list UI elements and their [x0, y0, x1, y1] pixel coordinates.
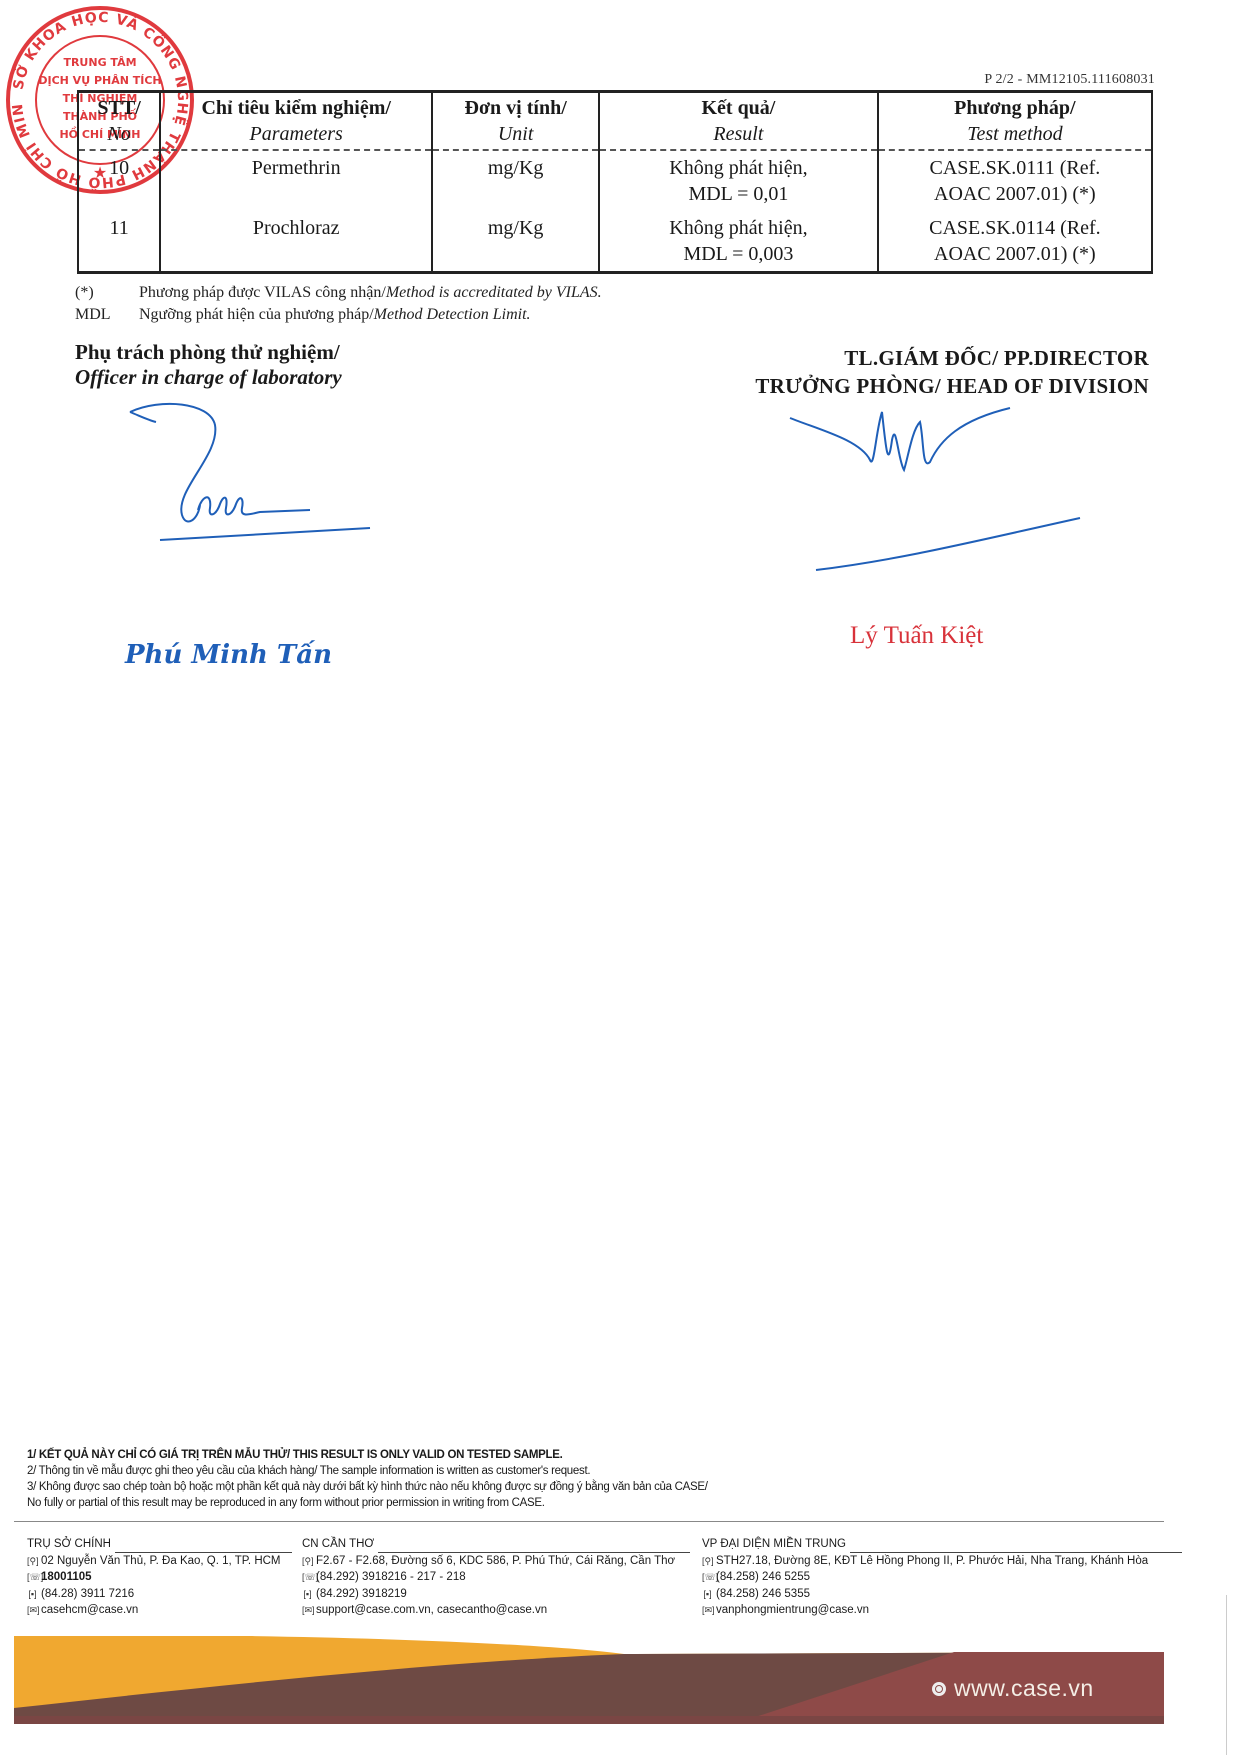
location-pin-icon: [⚲]: [302, 1553, 313, 1570]
header-unit: Đơn vị tính/Unit: [432, 92, 599, 151]
table-header-row: STT/No Chỉ tiêu kiểm nghiệm/Parameters Đ…: [78, 92, 1152, 151]
officer-title-en: Officer in charge of laboratory: [75, 365, 342, 390]
handwritten-signature-officer: [120, 400, 380, 560]
results-table: STT/No Chỉ tiêu kiểm nghiệm/Parameters Đ…: [77, 90, 1153, 274]
footnote-mdl: MDL Ngưỡng phát hiện của phương pháp/ Me…: [75, 304, 602, 326]
website-link[interactable]: www.case.vn: [932, 1675, 1094, 1702]
director-title-line2: TRƯỞNG PHÒNG/ HEAD OF DIVISION: [755, 372, 1149, 400]
fax-icon: [▪]: [302, 1586, 313, 1603]
handwritten-signature-director: [780, 400, 1120, 580]
globe-icon: [932, 1682, 946, 1696]
director-name: Lý Tuấn Kiệt: [850, 622, 983, 650]
cell-method: CASE.SK.0114 (Ref.AOAC 2007.01) (*): [878, 211, 1152, 273]
director-title-line1: TL.GIÁM ĐỐC/ PP.DIRECTOR: [755, 344, 1149, 372]
cell-no: 11: [78, 211, 160, 273]
email-icon: [✉]: [702, 1602, 713, 1619]
svg-text:TRUNG TÂM: TRUNG TÂM: [63, 56, 136, 69]
cell-no: 10: [78, 150, 160, 211]
office-can-tho: CN CẦN THƠ [⚲]F2.67 - F2.68, Đường số 6,…: [302, 1536, 690, 1619]
page-edge: [1226, 1595, 1227, 1755]
page-reference: P 2/2 - MM12105.111608031: [984, 72, 1155, 88]
signature-block-director: TL.GIÁM ĐỐC/ PP.DIRECTOR TRƯỞNG PHÒNG/ H…: [755, 344, 1149, 400]
location-pin-icon: [⚲]: [27, 1553, 38, 1570]
svg-text:DỊCH VỤ PHÂN TÍCH: DỊCH VỤ PHÂN TÍCH: [38, 74, 161, 87]
footnotes: (*) Phương pháp được VILAS công nhận/ Me…: [75, 282, 602, 326]
phone-icon: [☏]: [27, 1569, 38, 1586]
fax-icon: [▪]: [702, 1586, 713, 1603]
officer-name: Phú Minh Tấn: [125, 640, 332, 670]
email-icon: [✉]: [27, 1602, 38, 1619]
signature-block-officer: Phụ trách phòng thử nghiệm/ Officer in c…: [75, 340, 342, 390]
cell-unit: mg/Kg: [432, 150, 599, 211]
table-row: 11 Prochloraz mg/Kg Không phát hiện,MDL …: [78, 211, 1152, 273]
header-result: Kết quả/Result: [599, 92, 878, 151]
header-test-method: Phương pháp/Test method: [878, 92, 1152, 151]
cell-method: CASE.SK.0111 (Ref.AOAC 2007.01) (*): [878, 150, 1152, 211]
phone-icon: [☏]: [302, 1569, 313, 1586]
cell-result: Không phát hiện,MDL = 0,003: [599, 211, 878, 273]
disclaimer: 1/ KẾT QUẢ NÀY CHỈ CÓ GIÁ TRỊ TRÊN MẪU T…: [27, 1447, 708, 1511]
officer-title-vi: Phụ trách phòng thử nghiệm/: [75, 340, 342, 365]
cell-parameter: Prochloraz: [160, 211, 432, 273]
cell-result: Không phát hiện,MDL = 0,01: [599, 150, 878, 211]
fax-icon: [▪]: [27, 1586, 38, 1603]
footer-divider: [14, 1521, 1164, 1522]
cell-parameter: Permethrin: [160, 150, 432, 211]
phone-icon: [☏]: [702, 1569, 713, 1586]
footnote-accreditation: (*) Phương pháp được VILAS công nhận/ Me…: [75, 282, 602, 304]
cell-unit: mg/Kg: [432, 211, 599, 273]
header-no: STT/No: [78, 92, 160, 151]
office-central: VP ĐẠI DIỆN MIỀN TRUNG [⚲]STH27.18, Đườn…: [702, 1536, 1182, 1619]
header-parameters: Chỉ tiêu kiểm nghiệm/Parameters: [160, 92, 432, 151]
table-row: 10 Permethrin mg/Kg Không phát hiện,MDL …: [78, 150, 1152, 211]
email-icon: [✉]: [302, 1602, 313, 1619]
office-headquarters: TRỤ SỞ CHÍNH [⚲]02 Nguyễn Văn Thủ, P. Đa…: [27, 1536, 292, 1619]
location-pin-icon: [⚲]: [702, 1553, 713, 1570]
